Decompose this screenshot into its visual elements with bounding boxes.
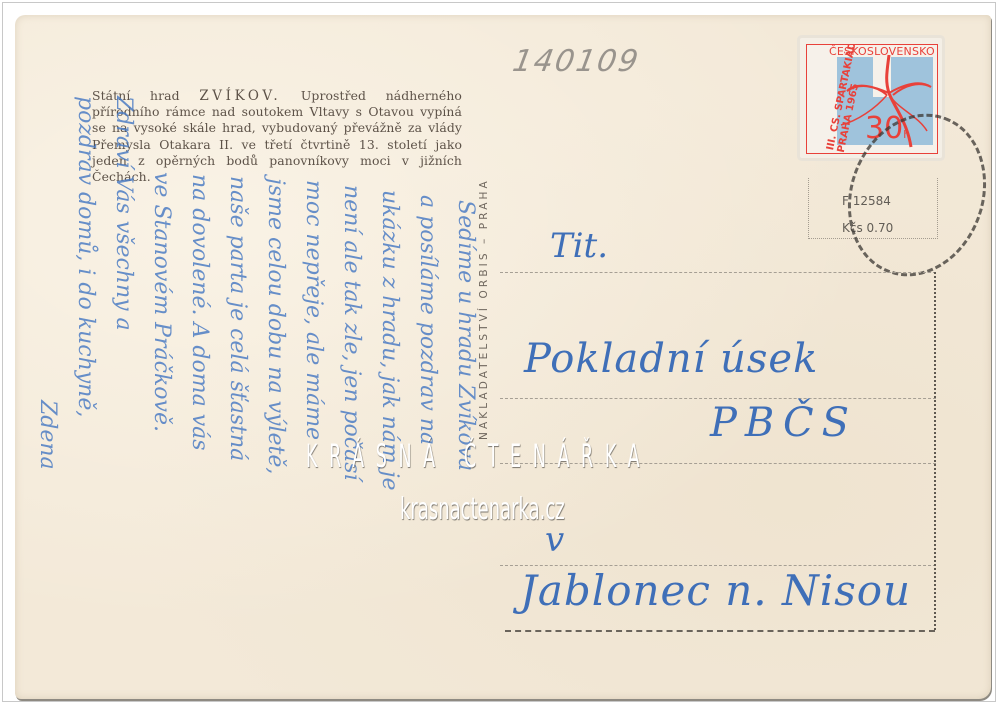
address-line-2: PBČS [710,400,857,446]
message-line: jsme celou dobu na výletě, [263,178,288,474]
message-line: Zdena [35,400,60,470]
address-line [500,272,936,273]
address-line-3: Jablonec n. Nisou [520,566,911,615]
castle-name: ZVÍKOV. [199,88,281,104]
address-line-bottom [505,630,935,632]
message-line: ve Stanovém Práčkově. [149,172,174,432]
address-salutation: Tit. [550,226,608,266]
address-border [934,272,936,630]
message-line: moc nepřeje, ale máme [301,180,326,440]
message-line: Sedíme u hradu Zvíkova [453,200,478,471]
message-line: Zdraví Vás všechny a [111,96,136,331]
message-line: naše parta je celá šťastná [225,176,250,461]
publisher-imprint: NAKLADATELSTVÍ ORBIS – PRAHA [478,60,490,440]
printed-caption: Státní hrad ZVÍKOV. Uprostřed nádherného… [92,88,462,185]
message-line: a posíláme pozdrav na [415,195,440,445]
watermark-url: krasnactenarka.cz [400,492,565,527]
address-line-1: Pokladní úsek [524,336,818,382]
message-line: pozdrav domů, i do kuchyně, [73,96,98,417]
archive-number: 140109 [510,44,643,79]
watermark-title: KRÁSNÁ ČTENÁŘKA [306,437,702,475]
address-line [500,398,936,399]
message-line: na dovolené. A doma vás [187,174,212,451]
